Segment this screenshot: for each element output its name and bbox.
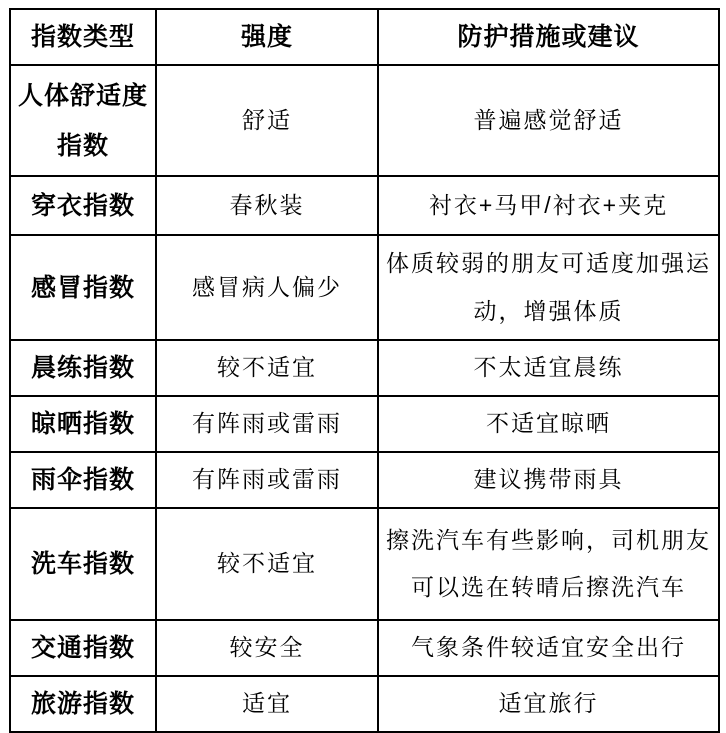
header-index-type: 指数类型 <box>10 9 156 65</box>
table-row: 旅游指数 适宜 适宜旅行 <box>10 676 719 732</box>
index-type-cell: 洗车指数 <box>10 508 156 620</box>
intensity-cell: 较不适宜 <box>156 508 378 620</box>
index-type-cell: 穿衣指数 <box>10 176 156 235</box>
advice-cell: 普遍感觉舒适 <box>378 65 719 176</box>
header-intensity: 强度 <box>156 9 378 65</box>
intensity-cell: 适宜 <box>156 676 378 732</box>
index-type-cell: 感冒指数 <box>10 235 156 340</box>
intensity-cell: 舒适 <box>156 65 378 176</box>
table-row: 人体舒适度指数 舒适 普遍感觉舒适 <box>10 65 719 176</box>
index-type-cell: 交通指数 <box>10 620 156 676</box>
intensity-cell: 有阵雨或雷雨 <box>156 396 378 452</box>
advice-cell: 建议携带雨具 <box>378 452 719 508</box>
advice-cell: 衬衣+马甲/衬衣+夹克 <box>378 176 719 235</box>
table-row: 感冒指数 感冒病人偏少 体质较弱的朋友可适度加强运动，增强体质 <box>10 235 719 340</box>
table-row: 雨伞指数 有阵雨或雷雨 建议携带雨具 <box>10 452 719 508</box>
table-row: 穿衣指数 春秋装 衬衣+马甲/衬衣+夹克 <box>10 176 719 235</box>
advice-cell: 擦洗汽车有些影响，司机朋友可以选在转晴后擦洗汽车 <box>378 508 719 620</box>
intensity-cell: 较安全 <box>156 620 378 676</box>
table-row: 洗车指数 较不适宜 擦洗汽车有些影响，司机朋友可以选在转晴后擦洗汽车 <box>10 508 719 620</box>
intensity-cell: 较不适宜 <box>156 340 378 396</box>
index-type-cell: 旅游指数 <box>10 676 156 732</box>
index-type-cell: 晨练指数 <box>10 340 156 396</box>
index-type-cell: 晾晒指数 <box>10 396 156 452</box>
advice-cell: 气象条件较适宜安全出行 <box>378 620 719 676</box>
table-row: 晨练指数 较不适宜 不太适宜晨练 <box>10 340 719 396</box>
intensity-cell: 感冒病人偏少 <box>156 235 378 340</box>
advice-cell: 不太适宜晨练 <box>378 340 719 396</box>
weather-index-table: 指数类型 强度 防护措施或建议 人体舒适度指数 舒适 普遍感觉舒适 穿衣指数 春… <box>9 8 720 733</box>
table-row: 晾晒指数 有阵雨或雷雨 不适宜晾晒 <box>10 396 719 452</box>
intensity-cell: 春秋装 <box>156 176 378 235</box>
table-header-row: 指数类型 强度 防护措施或建议 <box>10 9 719 65</box>
page: 指数类型 强度 防护措施或建议 人体舒适度指数 舒适 普遍感觉舒适 穿衣指数 春… <box>0 0 726 726</box>
header-advice: 防护措施或建议 <box>378 9 719 65</box>
advice-cell: 适宜旅行 <box>378 676 719 732</box>
index-type-cell: 雨伞指数 <box>10 452 156 508</box>
advice-cell: 不适宜晾晒 <box>378 396 719 452</box>
index-type-cell: 人体舒适度指数 <box>10 65 156 176</box>
intensity-cell: 有阵雨或雷雨 <box>156 452 378 508</box>
table-row: 交通指数 较安全 气象条件较适宜安全出行 <box>10 620 719 676</box>
advice-cell: 体质较弱的朋友可适度加强运动，增强体质 <box>378 235 719 340</box>
